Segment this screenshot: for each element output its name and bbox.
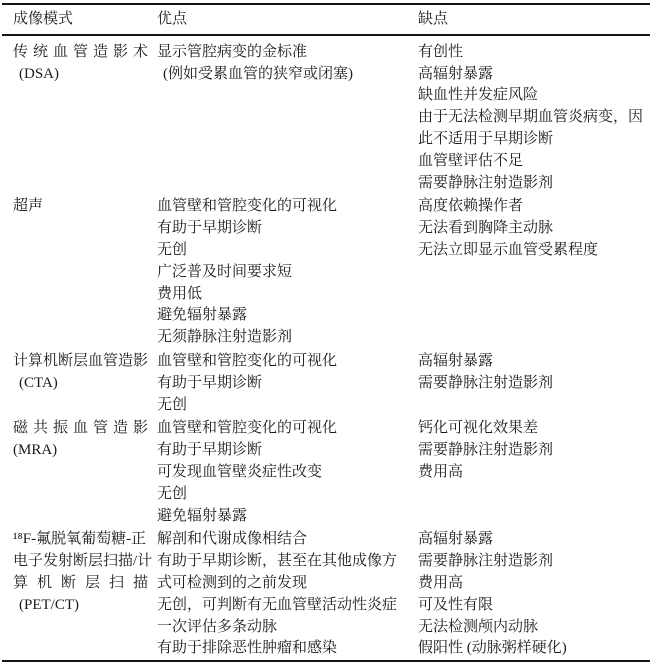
text-line: 可发现血管壁炎症性改变 xyxy=(157,462,405,484)
cell-mode: 计算机断层血管造影(CTA) xyxy=(13,351,148,416)
text-line: 一次评估多条动脉 xyxy=(157,617,405,639)
cell-mode: ¹⁸F-氟脱氧葡萄糖-正电子发射断层扫描/计算机断层扫描(PET/CT) xyxy=(13,529,148,660)
cell-disadvantages: 高度依赖操作者无法看到胸降主动脉无法立即显示血管受累程度 xyxy=(418,196,654,349)
text-line: 有助于早期诊断，甚至在其他成像方 xyxy=(157,551,405,573)
text-line: (例如受累血管的狭窄或闭塞) xyxy=(157,64,405,86)
table-body: 传统血管造影术(DSA)显示管腔病变的金标准(例如受累血管的狭窄或闭塞)有创性高… xyxy=(0,36,654,660)
text-line: 式可检测到的之前发现 xyxy=(157,573,405,595)
text-line: 需要静脉注射造影剂 xyxy=(418,173,654,195)
text-line: (MRA) xyxy=(13,440,148,462)
text-line: 电子发射断层扫描/计 xyxy=(13,551,148,573)
text-line: 传统血管造影术 xyxy=(13,42,148,64)
text-line: 血管壁和管腔变化的可视化 xyxy=(157,351,405,373)
cell-disadvantages: 钙化可视化效果差需要静脉注射造影剂费用高 xyxy=(418,418,654,527)
cell-advantages: 血管壁和管腔变化的可视化有助于早期诊断无创 xyxy=(157,351,405,416)
cell-disadvantages: 有创性高辐射暴露缺血性并发症风险由于无法检测早期血管炎病变，因此不适用于早期诊断… xyxy=(418,42,654,195)
text-line: 可及性有限 xyxy=(418,595,654,617)
table-row: 计算机断层血管造影(CTA)血管壁和管腔变化的可视化有助于早期诊断无创高辐射暴露… xyxy=(0,351,654,416)
table-row: ¹⁸F-氟脱氧葡萄糖-正电子发射断层扫描/计算机断层扫描(PET/CT)解剖和代… xyxy=(0,529,654,660)
text-line: 费用低 xyxy=(157,284,405,306)
text-line: 有创性 xyxy=(418,42,654,64)
text-line: 超声 xyxy=(13,196,148,218)
text-line: 血管壁评估不足 xyxy=(418,151,654,173)
text-line: 高辐射暴露 xyxy=(418,64,654,86)
text-line: 由于无法检测早期血管炎病变，因 xyxy=(418,107,654,129)
cell-disadvantages: 高辐射暴露需要静脉注射造影剂费用高可及性有限无法检测颅内动脉假阳性 (动脉粥样硬… xyxy=(418,529,654,660)
header-advantages: 优点 xyxy=(157,9,418,31)
imaging-modalities-table: 成像模式 优点 缺点 传统血管造影术(DSA)显示管腔病变的金标准(例如受累血管… xyxy=(0,3,654,662)
text-line: 钙化可视化效果差 xyxy=(418,418,654,440)
text-line: 无创 xyxy=(157,240,405,262)
text-line: 算机断层扫描 xyxy=(13,573,148,595)
text-line: 需要静脉注射造影剂 xyxy=(418,551,654,573)
cell-advantages: 血管壁和管腔变化的可视化有助于早期诊断可发现血管壁炎症性改变无创避免辐射暴露 xyxy=(157,418,405,527)
cell-disadvantages: 高辐射暴露需要静脉注射造影剂 xyxy=(418,351,654,416)
text-line: 无创，可判断有无血管壁活动性炎症 xyxy=(157,595,405,617)
cell-advantages: 血管壁和管腔变化的可视化有助于早期诊断无创广泛普及时间要求短费用低避免辐射暴露无… xyxy=(157,196,405,349)
text-line: (CTA) xyxy=(13,373,148,395)
text-line: 无法立即显示血管受累程度 xyxy=(418,240,654,262)
text-line: 计算机断层血管造影 xyxy=(13,351,148,373)
text-line: 磁共振血管造影 xyxy=(13,418,148,440)
text-line: 广泛普及时间要求短 xyxy=(157,262,405,284)
text-line: 高辐射暴露 xyxy=(418,351,654,373)
text-line: 解剖和代谢成像相结合 xyxy=(157,529,405,551)
text-line: 此不适用于早期诊断 xyxy=(418,129,654,151)
text-line: 避免辐射暴露 xyxy=(157,506,405,528)
text-line: (DSA) xyxy=(13,64,148,86)
table-bottom-rule xyxy=(2,660,650,662)
cell-advantages: 显示管腔病变的金标准(例如受累血管的狭窄或闭塞) xyxy=(157,42,405,195)
text-line: 显示管腔病变的金标准 xyxy=(157,42,405,64)
text-line: 有助于排除恶性肿瘤和感染 xyxy=(157,638,405,660)
text-line: 需要静脉注射造影剂 xyxy=(418,440,654,462)
header-disadvantages: 缺点 xyxy=(418,9,654,31)
text-line: 有助于早期诊断 xyxy=(157,373,405,395)
text-line: 缺血性并发症风险 xyxy=(418,85,654,107)
table-row: 磁共振血管造影(MRA)血管壁和管腔变化的可视化有助于早期诊断可发现血管壁炎症性… xyxy=(0,418,654,527)
text-line: 无创 xyxy=(157,395,405,417)
table-row: 传统血管造影术(DSA)显示管腔病变的金标准(例如受累血管的狭窄或闭塞)有创性高… xyxy=(0,42,654,195)
table-header-row: 成像模式 优点 缺点 xyxy=(0,5,654,34)
text-line: 需要静脉注射造影剂 xyxy=(418,373,654,395)
text-line: (PET/CT) xyxy=(13,595,148,617)
cell-mode: 超声 xyxy=(13,196,148,349)
text-line: 无须静脉注射造影剂 xyxy=(157,327,405,349)
text-line: 假阳性 (动脉粥样硬化) xyxy=(418,638,654,660)
text-line: ¹⁸F-氟脱氧葡萄糖-正 xyxy=(13,529,148,551)
text-line: 血管壁和管腔变化的可视化 xyxy=(157,196,405,218)
table-row: 超声血管壁和管腔变化的可视化有助于早期诊断无创广泛普及时间要求短费用低避免辐射暴… xyxy=(0,196,654,349)
text-line: 有助于早期诊断 xyxy=(157,440,405,462)
text-line: 费用高 xyxy=(418,573,654,595)
text-line: 无法看到胸降主动脉 xyxy=(418,218,654,240)
text-line: 无创 xyxy=(157,484,405,506)
text-line: 费用高 xyxy=(418,462,654,484)
text-line: 高辐射暴露 xyxy=(418,529,654,551)
cell-mode: 磁共振血管造影(MRA) xyxy=(13,418,148,527)
text-line: 避免辐射暴露 xyxy=(157,305,405,327)
text-line: 高度依赖操作者 xyxy=(418,196,654,218)
cell-mode: 传统血管造影术(DSA) xyxy=(13,42,148,195)
text-line: 血管壁和管腔变化的可视化 xyxy=(157,418,405,440)
text-line: 有助于早期诊断 xyxy=(157,218,405,240)
header-imaging-mode: 成像模式 xyxy=(13,9,157,31)
text-line: 无法检测颅内动脉 xyxy=(418,617,654,639)
cell-advantages: 解剖和代谢成像相结合有助于早期诊断，甚至在其他成像方式可检测到的之前发现无创，可… xyxy=(157,529,405,660)
